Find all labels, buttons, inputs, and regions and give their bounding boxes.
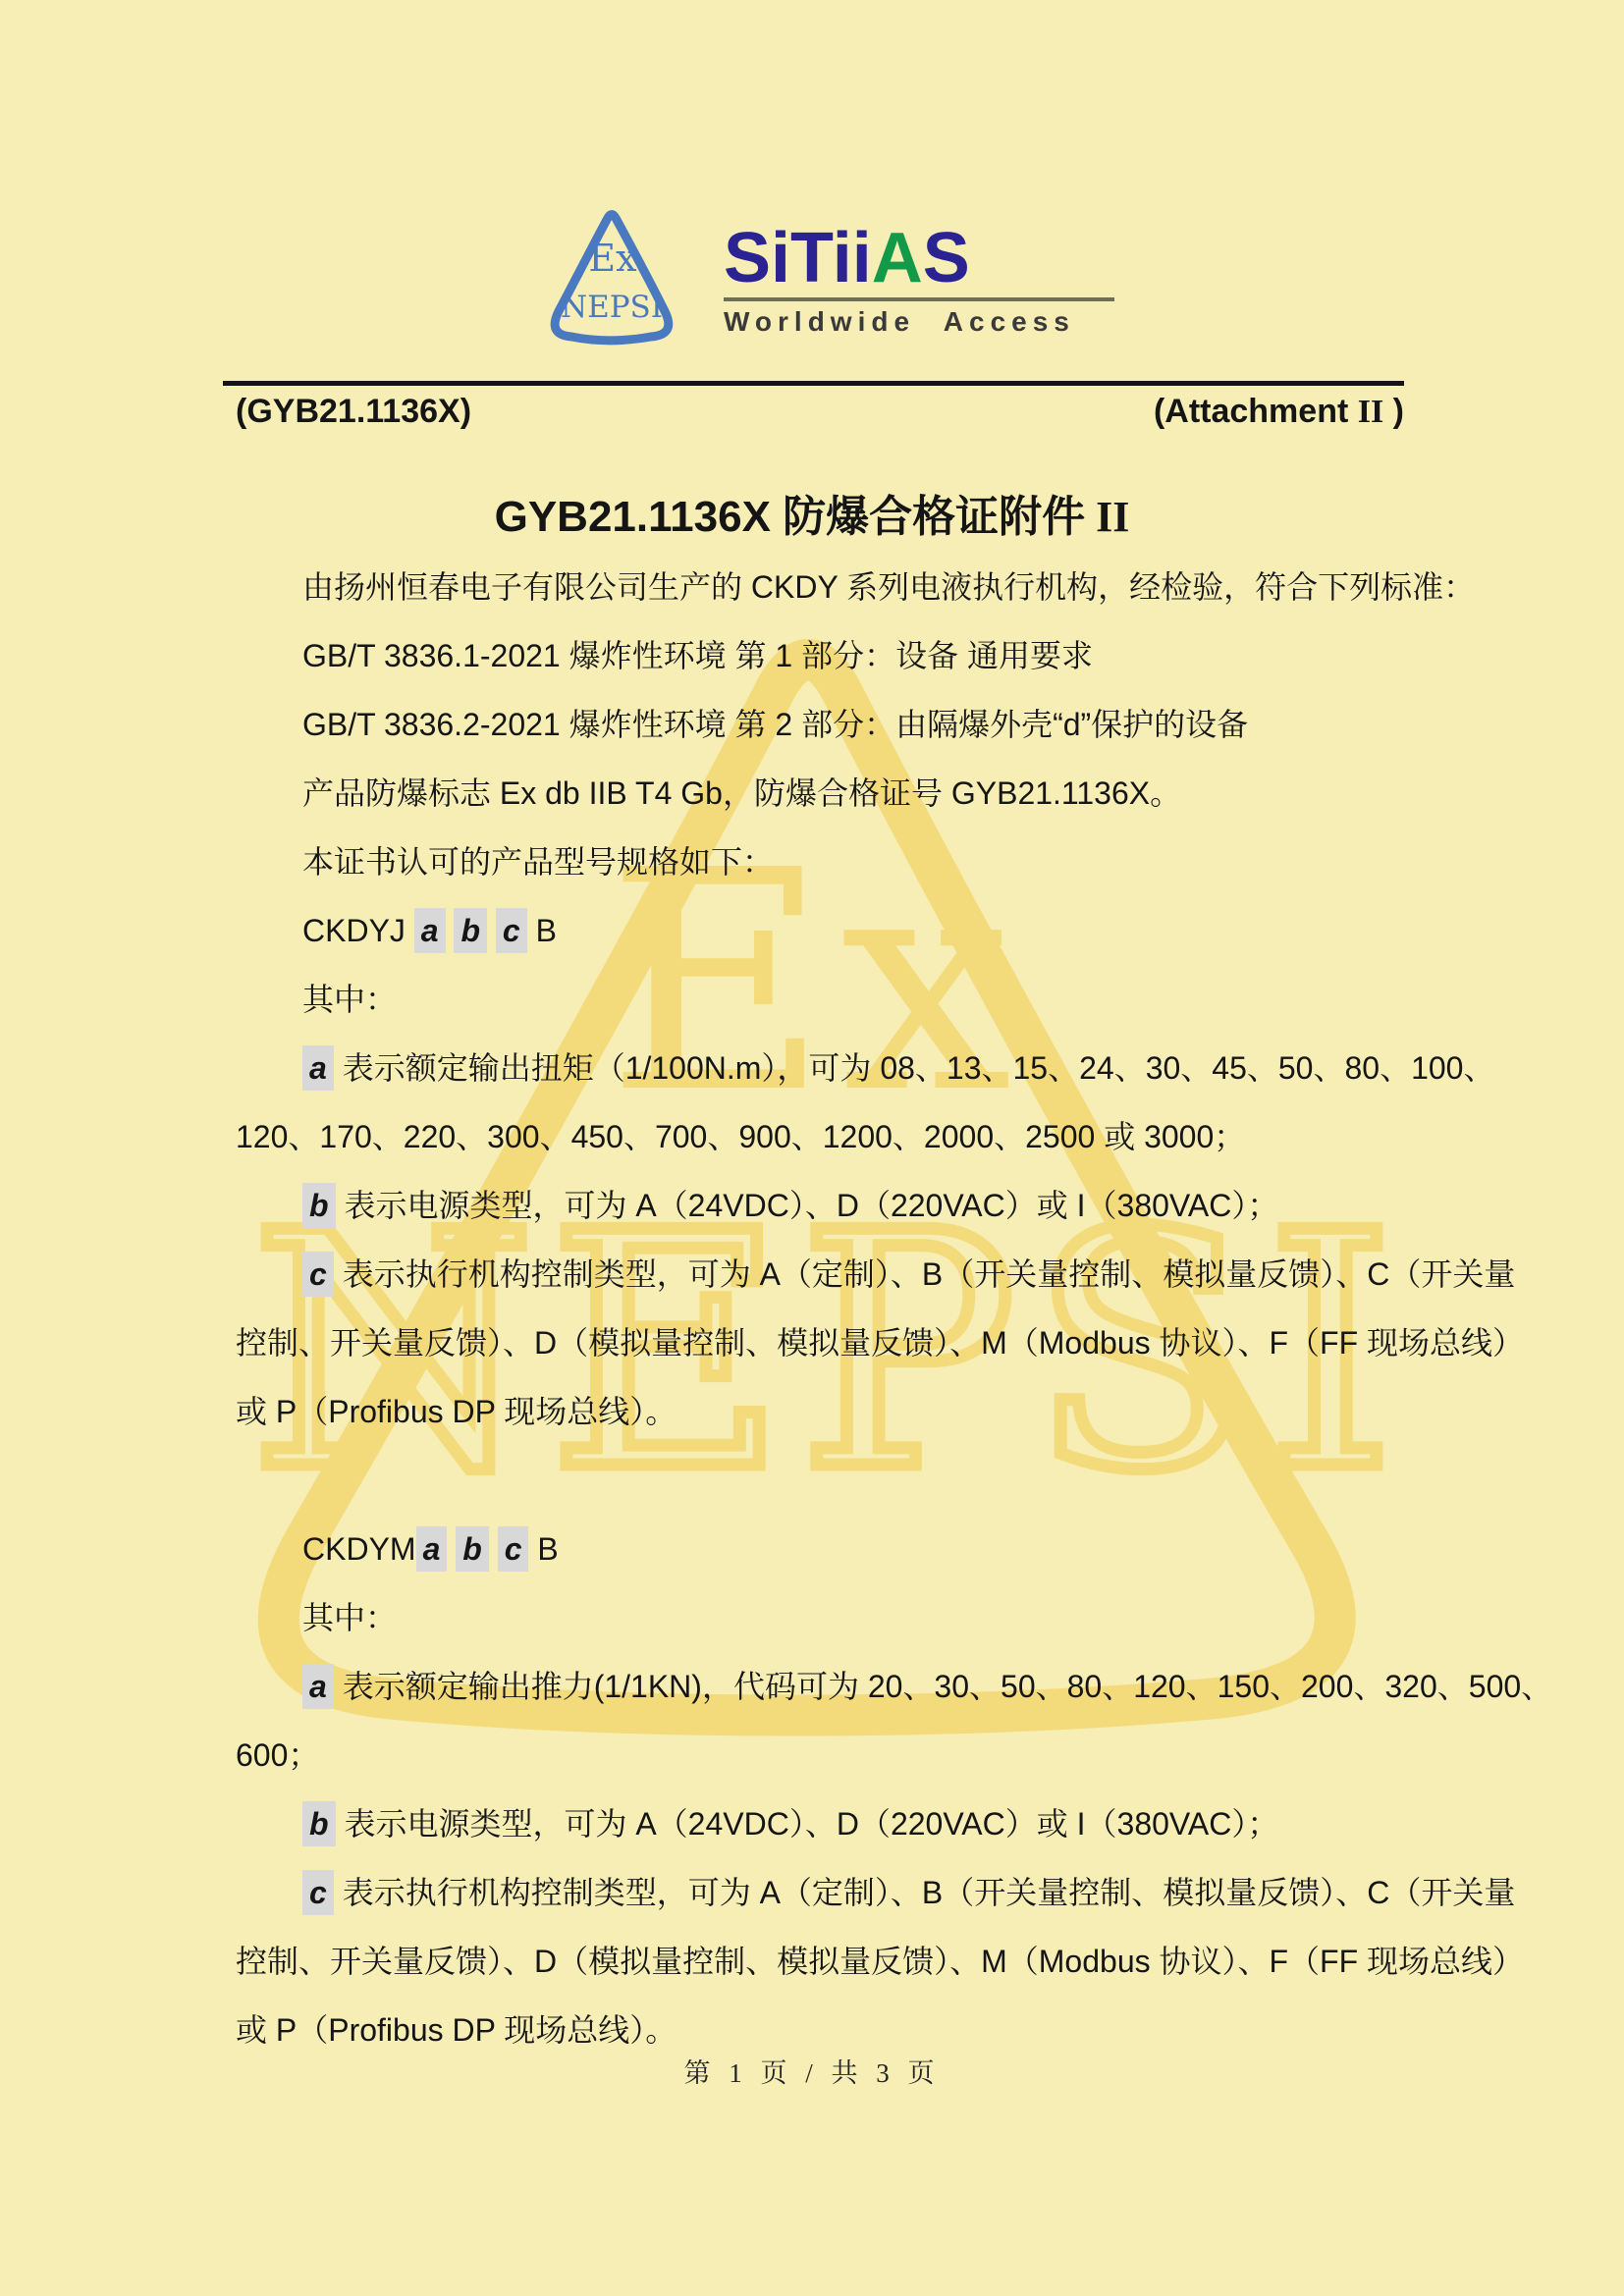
text-segment: 表示额定输出扭矩（1/100N.m），可为 08、13、15、24、30、45、… — [334, 1050, 1495, 1086]
text-segment — [447, 1531, 456, 1567]
sitiias-logo: SiTiiAS Worldwide Access — [724, 220, 1114, 338]
text-segment: 表示电源类型，可为 A（24VDC）、D（220VAC）或 I（380VAC）； — [336, 1188, 1279, 1223]
body-line: a 表示额定输出扭矩（1/100N.m），可为 08、13、15、24、30、4… — [236, 1034, 1414, 1102]
highlighted-code-letter: c — [302, 1870, 334, 1915]
page-title-numeral: II — [1085, 493, 1129, 541]
attachment-label-pre: (Attachment — [1154, 393, 1358, 430]
sitiias-wordmark: SiTiiAS — [724, 220, 1114, 296]
page-title: GYB21.1136X 防爆合格证附件 II — [0, 481, 1624, 544]
text-segment: B — [528, 1531, 558, 1567]
text-segment: 表示执行机构控制类型，可为 A（定制）、B（开关量控制、模拟量反馈）、C（开关量 — [334, 1256, 1516, 1292]
attachment-label: (Attachment II ) — [1154, 393, 1404, 431]
sitiias-wordmark-part2: A — [872, 219, 923, 297]
body-line: 本证书认可的产品型号规格如下： — [236, 828, 1414, 896]
body-line: 控制、开关量反馈）、D（模拟量控制、模拟量反馈）、M（Modbus 协议）、F（… — [236, 1308, 1414, 1377]
text-segment: 其中： — [302, 1600, 397, 1635]
highlighted-code-letter: b — [302, 1183, 336, 1228]
text-segment: 或 P（Profibus DP 现场总线）。 — [236, 1394, 677, 1429]
body-line: c 表示执行机构控制类型，可为 A（定制）、B（开关量控制、模拟量反馈）、C（开… — [236, 1240, 1414, 1308]
body-line: b 表示电源类型，可为 A（24VDC）、D（220VAC）或 I（380VAC… — [236, 1171, 1414, 1240]
body-line: 600； — [236, 1721, 1414, 1789]
body-line: a 表示额定输出推力(1/1KN)，代码可为 20、30、50、80、120、1… — [236, 1652, 1414, 1721]
certificate-page: Ex NEPSI Ex NEPSI SiTiiAS Worldwide Acce… — [0, 0, 1624, 2296]
body-line: 120、170、220、300、450、700、900、1200、2000、25… — [236, 1102, 1414, 1171]
text-segment: GB/T 3836.2-2021 爆炸性环境 第 2 部分：由隔爆外壳“d”保护… — [302, 707, 1248, 742]
logo-nepsi-text: NEPSI — [561, 290, 663, 325]
certificate-number-label: (GYB21.1136X) — [236, 393, 471, 431]
highlighted-code-letter: a — [302, 1045, 334, 1091]
text-segment — [489, 1531, 498, 1567]
body-lines: 由扬州恒春电子有限公司生产的 CKDY 系列电液执行机构，经检验，符合下列标准：… — [236, 553, 1414, 2064]
highlighted-code-letter: b — [454, 908, 487, 953]
text-segment: 表示额定输出推力(1/1KN)，代码可为 20、30、50、80、120、150… — [334, 1669, 1552, 1704]
text-segment: 120、170、220、300、450、700、900、1200、2000、25… — [236, 1119, 1245, 1154]
body-line: GB/T 3836.1-2021 爆炸性环境 第 1 部分：设备 通用要求 — [236, 621, 1414, 690]
text-segment: 或 P（Profibus DP 现场总线）。 — [236, 2012, 677, 2048]
body-line: 其中： — [236, 1583, 1414, 1652]
body-line: c 表示执行机构控制类型，可为 A（定制）、B（开关量控制、模拟量反馈）、C（开… — [236, 1858, 1414, 1927]
text-segment: 600； — [236, 1737, 319, 1773]
text-segment: 其中： — [302, 982, 397, 1017]
highlighted-code-letter: a — [302, 1664, 334, 1709]
body-line: 或 P（Profibus DP 现场总线）。 — [236, 1377, 1414, 1446]
body-line: CKDYJ a b c B — [236, 896, 1414, 965]
text-segment: CKDYJ — [302, 913, 414, 948]
text-segment: CKDYM — [302, 1531, 416, 1567]
blank-line — [236, 1446, 1414, 1515]
text-segment: 控制、开关量反馈）、D（模拟量控制、模拟量反馈）、M（Modbus 协议）、F（… — [236, 1944, 1524, 1979]
attachment-label-numeral: II — [1358, 394, 1383, 430]
sitiias-wordmark-part3: S — [923, 219, 970, 297]
body-line: CKDYMa b c B — [236, 1515, 1414, 1583]
highlighted-code-letter: b — [456, 1526, 489, 1572]
highlighted-code-letter: c — [302, 1252, 334, 1297]
logo-underline — [724, 297, 1114, 301]
text-segment: 表示执行机构控制类型，可为 A（定制）、B（开关量控制、模拟量反馈）、C（开关量 — [334, 1875, 1516, 1910]
text-segment — [487, 913, 496, 948]
text-segment: 控制、开关量反馈）、D（模拟量控制、模拟量反馈）、M（Modbus 协议）、F（… — [236, 1325, 1524, 1361]
text-segment: GB/T 3836.1-2021 爆炸性环境 第 1 部分：设备 通用要求 — [302, 638, 1093, 673]
text-segment: 由扬州恒春电子有限公司生产的 CKDY 系列电液执行机构，经检验，符合下列标准： — [302, 569, 1475, 605]
highlighted-code-letter: a — [414, 908, 446, 953]
logo-ex-text: Ex — [588, 237, 636, 280]
body-line: 其中： — [236, 965, 1414, 1034]
page-number: 第 1 页 / 共 3 页 — [0, 2052, 1624, 2090]
header-divider — [223, 381, 1404, 386]
body-line: 产品防爆标志 Ex db IIB T4 Gb，防爆合格证号 GYB21.1136… — [236, 759, 1414, 828]
text-segment: B — [527, 913, 557, 948]
logo-subtitle: Worldwide Access — [724, 306, 1114, 338]
text-segment: 本证书认可的产品型号规格如下： — [302, 844, 774, 880]
highlighted-code-letter: b — [302, 1801, 336, 1846]
attachment-label-post: ) — [1383, 393, 1404, 430]
nepsi-ex-logo: Ex NEPSI — [533, 202, 690, 351]
text-segment: 产品防爆标志 Ex db IIB T4 Gb，防爆合格证号 GYB21.1136… — [302, 775, 1181, 811]
body-line: b 表示电源类型，可为 A（24VDC）、D（220VAC）或 I（380VAC… — [236, 1789, 1414, 1858]
text-segment: 表示电源类型，可为 A（24VDC）、D（220VAC）或 I（380VAC）； — [336, 1806, 1279, 1842]
body-line: 由扬州恒春电子有限公司生产的 CKDY 系列电液执行机构，经检验，符合下列标准： — [236, 553, 1414, 621]
body-line: GB/T 3836.2-2021 爆炸性环境 第 2 部分：由隔爆外壳“d”保护… — [236, 690, 1414, 759]
highlighted-code-letter: c — [496, 908, 527, 953]
highlighted-code-letter: a — [416, 1526, 448, 1572]
body-line: 控制、开关量反馈）、D（模拟量控制、模拟量反馈）、M（Modbus 协议）、F（… — [236, 1927, 1414, 1996]
sitiias-wordmark-part1: SiTii — [724, 219, 872, 297]
highlighted-code-letter: c — [498, 1526, 529, 1572]
page-title-main: GYB21.1136X 防爆合格证附件 — [495, 493, 1086, 541]
